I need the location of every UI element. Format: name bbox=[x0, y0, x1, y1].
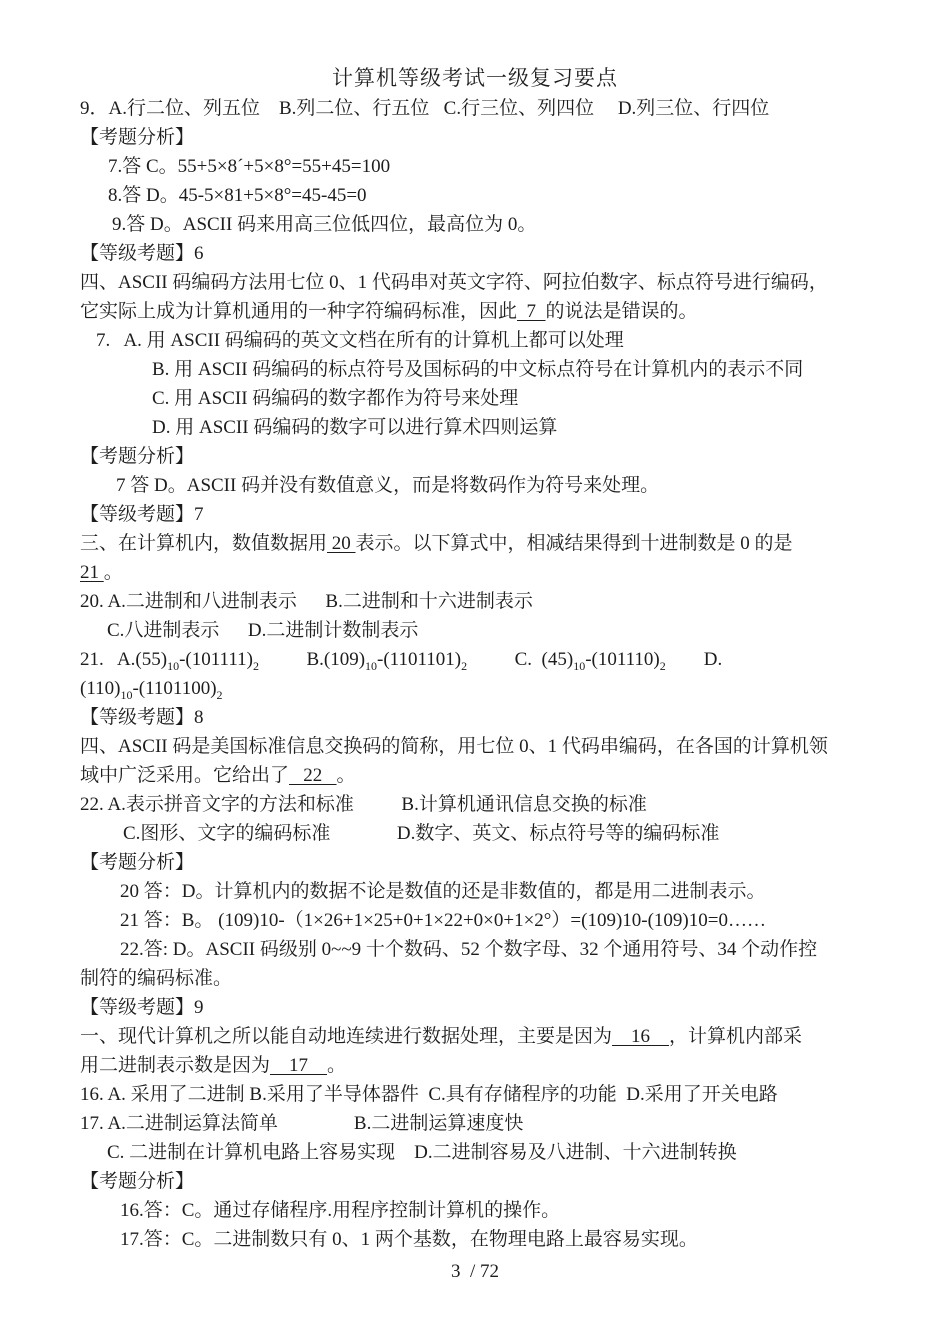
text-segment: 【考题分析】 bbox=[80, 446, 194, 467]
text-segment: 【考题分析】 bbox=[80, 852, 194, 873]
question-line: 域中广泛采用。它给出了 22 。 bbox=[80, 761, 870, 790]
text-segment: 它实际上成为计算机通用的一种字符编码标准，因此 bbox=[80, 301, 517, 322]
blank-answer-slot: 17 bbox=[270, 1055, 327, 1076]
option-line: C.图形、文字的编码标准 D.数字、英文、标点符号等的编码标准 bbox=[80, 819, 870, 848]
text-segment: 【等级考题】9 bbox=[80, 997, 204, 1018]
text-segment: 2 bbox=[217, 688, 223, 702]
section-heading: 【考题分析】 bbox=[80, 442, 870, 471]
text-segment: 9.答 D。ASCII 码来用高三位低四位，最高位为 0。 bbox=[112, 214, 536, 235]
document-body: 9．A.行二位、列五位 B.列二位、行五位 C.行三位、列四位 D.列三位、行四… bbox=[80, 94, 870, 1254]
text-segment: C. 二进制在计算机电路上容易实现 D.二进制容易及八进制、十六进制转换 bbox=[107, 1142, 737, 1163]
text-segment: 四、ASCII 码编码方法用七位 0、1 代码串对英文字符、阿拉伯数字、标点符号… bbox=[80, 272, 828, 293]
text-segment: 【考题分析】 bbox=[80, 1171, 194, 1192]
answer-line: 7.答 C。55+5×8´+5×8°=55+45=100 bbox=[80, 152, 870, 181]
text-segment: 22.答: D。ASCII 码级别 0~~9 十个数码、52 个数字母、32 个… bbox=[120, 939, 817, 960]
text-segment: 【等级考题】6 bbox=[80, 243, 204, 264]
text-segment: 。 bbox=[337, 765, 356, 786]
text-segment: 21 答：B。 (109)10-（1×26+1×25+0+1×22+0×0+1×… bbox=[120, 910, 766, 931]
text-segment: 10 bbox=[365, 659, 377, 673]
option-line: 16. A. 采用了二进制 B.采用了半导体器件 C.具有存储程序的功能 D.采… bbox=[80, 1080, 870, 1109]
option-line: 22. A.表示拼音文字的方法和标准 B.计算机通讯信息交换的标准 bbox=[80, 790, 870, 819]
section-heading: 【等级考题】9 bbox=[80, 993, 870, 1022]
text-segment: D. bbox=[666, 649, 722, 670]
section-heading: 【考题分析】 bbox=[80, 1167, 870, 1196]
text-segment: 四、ASCII 码是美国标准信息交换码的简称，用七位 0、1 代码串编码，在各国… bbox=[80, 736, 828, 757]
text-segment: (110) bbox=[80, 678, 120, 699]
text-segment: -(101111) bbox=[179, 649, 253, 670]
text-segment: B. 用 ASCII 码编码的标点符号及国标码的中文标点符号在计算机内的表示不同 bbox=[152, 359, 803, 380]
text-segment: 。 bbox=[327, 1055, 346, 1076]
text-segment: 用二进制表示数是因为 bbox=[80, 1055, 270, 1076]
question-line: 用二进制表示数是因为 17 。 bbox=[80, 1051, 870, 1080]
option-line: 21. A.(55)10-(101111)2 B.(109)10-(110110… bbox=[80, 645, 870, 674]
text-segment: 9．A.行二位、列五位 B.列二位、行五位 C.行三位、列四位 D.列三位、行四… bbox=[80, 98, 769, 119]
text-segment: C.图形、文字的编码标准 D.数字、英文、标点符号等的编码标准 bbox=[123, 823, 719, 844]
option-line: (110)10-(1101100)2 bbox=[80, 674, 870, 703]
text-segment: 。 bbox=[104, 562, 123, 583]
option-line: D. 用 ASCII 码编码的数字可以进行算术四则运算 bbox=[80, 413, 870, 442]
answer-line: 22.答: D。ASCII 码级别 0~~9 十个数码、52 个数字母、32 个… bbox=[80, 935, 870, 964]
text-segment: -(1101101) bbox=[377, 649, 461, 670]
question-line: 它实际上成为计算机通用的一种字符编码标准，因此 7 的说法是错误的。 bbox=[80, 297, 870, 326]
text-segment: 制符的编码标准。 bbox=[80, 968, 232, 989]
text-segment: 20 答：D。计算机内的数据不论是数值的还是非数值的，都是用二进制表示。 bbox=[120, 881, 765, 902]
text-segment: 【等级考题】8 bbox=[80, 707, 204, 728]
text-segment: ，计算机内部采 bbox=[669, 1026, 802, 1047]
text-segment: 三、在计算机内，数值数据用 bbox=[80, 533, 327, 554]
option-line: C. 用 ASCII 码编码的数字都作为符号来处理 bbox=[80, 384, 870, 413]
text-segment: C. 用 ASCII 码编码的数字都作为符号来处理 bbox=[152, 388, 518, 409]
text-segment: D. 用 ASCII 码编码的数字可以进行算术四则运算 bbox=[152, 417, 557, 438]
document-page: 计算机等级考试一级复习要点 9．A.行二位、列五位 B.列二位、行五位 C.行三… bbox=[0, 0, 950, 1340]
text-segment: 21. A.(55) bbox=[80, 649, 167, 670]
answer-line: 8.答 D。45-5×81+5×8°=45-45=0 bbox=[80, 181, 870, 210]
text-segment: 7. A. 用 ASCII 码编码的英文文档在所有的计算机上都可以处理 bbox=[96, 330, 624, 351]
text-segment: 16. A. 采用了二进制 B.采用了半导体器件 C.具有存储程序的功能 D.采… bbox=[80, 1084, 778, 1105]
question-line: 三、在计算机内，数值数据用 20 表示。以下算式中，相减结果得到十进制数是 0 … bbox=[80, 529, 870, 558]
text-segment: 域中广泛采用。它给出了 bbox=[80, 765, 289, 786]
text-segment: 10 bbox=[167, 659, 179, 673]
page-number: 3 / 72 bbox=[80, 1257, 870, 1286]
text-segment: 17.答：C。二进制数只有 0、1 两个基数，在物理电路上最容易实现。 bbox=[120, 1229, 698, 1250]
section-heading: 【等级考题】7 bbox=[80, 500, 870, 529]
blank-answer-slot: 16 bbox=[612, 1026, 669, 1047]
question-line: 四、ASCII 码编码方法用七位 0、1 代码串对英文字符、阿拉伯数字、标点符号… bbox=[80, 268, 870, 297]
blank-answer-slot: 21 bbox=[80, 562, 104, 583]
text-segment: B.(109) bbox=[259, 649, 365, 670]
text-segment: 的说法是错误的。 bbox=[546, 301, 698, 322]
text-segment: 表示。以下算式中，相减结果得到十进制数是 0 的是 bbox=[356, 533, 793, 554]
option-line: C.八进制表示 D.二进制计数制表示 bbox=[80, 616, 870, 645]
text-segment: 16.答：C。通过存储程序.用程序控制计算机的操作。 bbox=[120, 1200, 560, 1221]
option-line: B. 用 ASCII 码编码的标点符号及国标码的中文标点符号在计算机内的表示不同 bbox=[80, 355, 870, 384]
answer-line: 17.答：C。二进制数只有 0、1 两个基数，在物理电路上最容易实现。 bbox=[80, 1225, 870, 1254]
option-line: C. 二进制在计算机电路上容易实现 D.二进制容易及八进制、十六进制转换 bbox=[80, 1138, 870, 1167]
answer-line: 9.答 D。ASCII 码来用高三位低四位，最高位为 0。 bbox=[80, 210, 870, 239]
answer-line: 制符的编码标准。 bbox=[80, 964, 870, 993]
option-line: 7. A. 用 ASCII 码编码的英文文档在所有的计算机上都可以处理 bbox=[80, 326, 870, 355]
text-segment: 17. A.二进制运算法简单 B.二进制运算速度快 bbox=[80, 1113, 523, 1134]
option-line: 20. A.二进制和八进制表示 B.二进制和十六进制表示 bbox=[80, 587, 870, 616]
text-segment: 8.答 D。45-5×81+5×8°=45-45=0 bbox=[108, 185, 367, 206]
text-segment: 20. A.二进制和八进制表示 B.二进制和十六进制表示 bbox=[80, 591, 533, 612]
answer-line: 20 答：D。计算机内的数据不论是数值的还是非数值的，都是用二进制表示。 bbox=[80, 877, 870, 906]
answer-line: 7 答 D。ASCII 码并没有数值意义，而是将数码作为符号来处理。 bbox=[80, 471, 870, 500]
text-segment: 7.答 C。55+5×8´+5×8°=55+45=100 bbox=[108, 156, 390, 177]
text-segment: 【考题分析】 bbox=[80, 127, 194, 148]
page-title: 计算机等级考试一级复习要点 bbox=[80, 62, 870, 94]
text-segment: 22. A.表示拼音文字的方法和标准 B.计算机通讯信息交换的标准 bbox=[80, 794, 647, 815]
section-heading: 【等级考题】8 bbox=[80, 703, 870, 732]
text-segment: 一、现代计算机之所以能自动地连续进行数据处理，主要是因为 bbox=[80, 1026, 612, 1047]
text-segment: -(1101100) bbox=[132, 678, 216, 699]
option-line: 17. A.二进制运算法简单 B.二进制运算速度快 bbox=[80, 1109, 870, 1138]
text-segment: 【等级考题】7 bbox=[80, 504, 204, 525]
section-heading: 【等级考题】6 bbox=[80, 239, 870, 268]
text-segment: C.八进制表示 D.二进制计数制表示 bbox=[107, 620, 418, 641]
section-heading: 【考题分析】 bbox=[80, 848, 870, 877]
question-options-line: 9．A.行二位、列五位 B.列二位、行五位 C.行三位、列四位 D.列三位、行四… bbox=[80, 94, 870, 123]
blank-answer-slot: 20 bbox=[327, 533, 356, 554]
text-segment: 7 答 D。ASCII 码并没有数值意义，而是将数码作为符号来处理。 bbox=[116, 475, 659, 496]
text-segment: 10 bbox=[573, 659, 585, 673]
blank-answer-slot: 7 bbox=[517, 301, 546, 322]
section-heading: 【考题分析】 bbox=[80, 123, 870, 152]
question-line: 一、现代计算机之所以能自动地连续进行数据处理，主要是因为 16 ，计算机内部采 bbox=[80, 1022, 870, 1051]
question-line: 21 。 bbox=[80, 558, 870, 587]
question-line: 四、ASCII 码是美国标准信息交换码的简称，用七位 0、1 代码串编码，在各国… bbox=[80, 732, 870, 761]
blank-answer-slot: 22 bbox=[289, 765, 337, 786]
answer-line: 21 答：B。 (109)10-（1×26+1×25+0+1×22+0×0+1×… bbox=[80, 906, 870, 935]
text-segment: -(101110) bbox=[585, 649, 660, 670]
answer-line: 16.答：C。通过存储程序.用程序控制计算机的操作。 bbox=[80, 1196, 870, 1225]
text-segment: 10 bbox=[120, 688, 132, 702]
text-segment: C. (45) bbox=[467, 649, 573, 670]
